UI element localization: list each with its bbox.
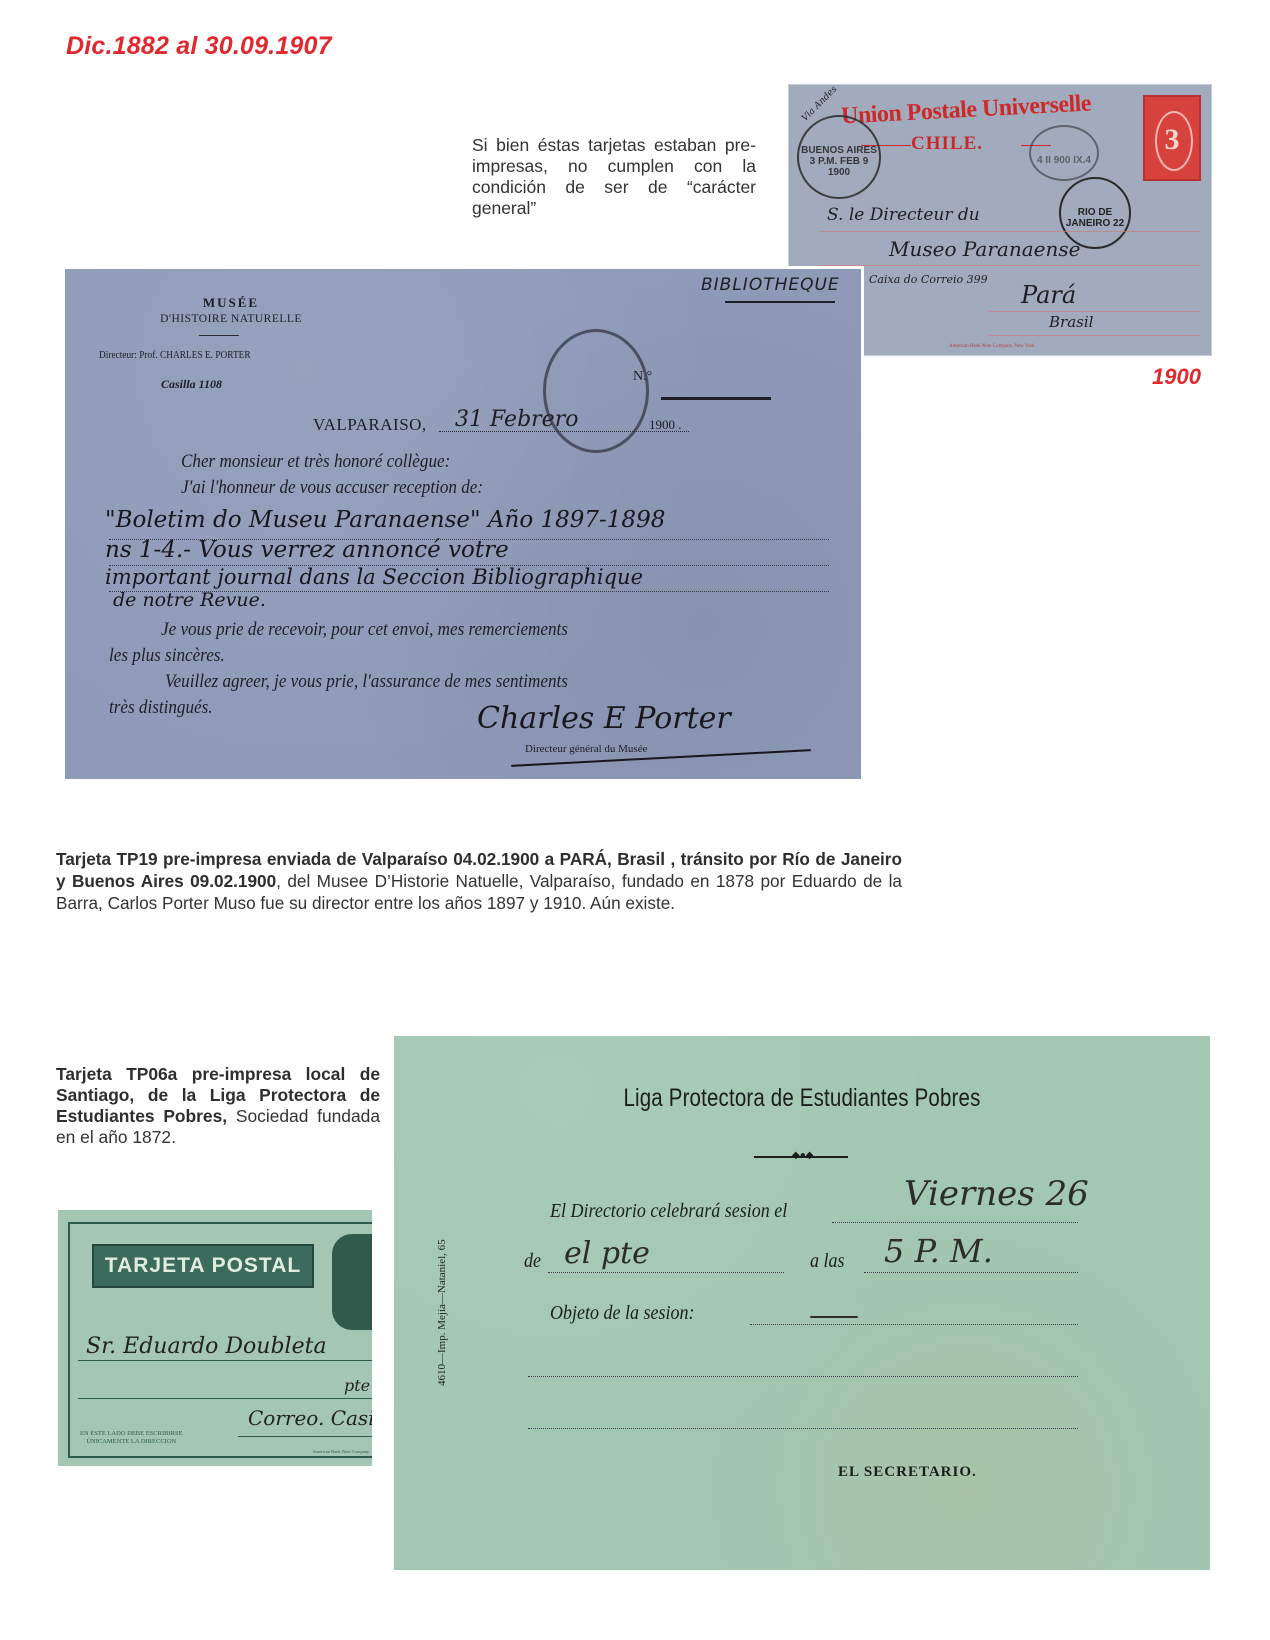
signature: Charles E Porter <box>477 701 731 736</box>
printer-credit: American Bank Note Company. <box>312 1449 370 1454</box>
postmark-buenos-aires: BUENOS AIRES 3 P.M. FEB 9 1900 <box>797 115 881 199</box>
musee-letter-card-image: MUSÉE D'HISTOIRE NATURELLE Directeur: Pr… <box>62 266 864 782</box>
number-label: N.° <box>633 369 652 385</box>
letter-line: Je vous prie de recevoir, pour cet envoi… <box>161 619 568 641</box>
page-title: Dic.1882 al 30.09.1907 <box>66 32 332 61</box>
dotted-line <box>528 1428 1078 1429</box>
bibliotheque-note: BIBLIOTHEQUE <box>701 275 840 295</box>
printer-credit: American Bank Note Company, New York. <box>949 344 1036 349</box>
postmark-text: RIO DE JANEIRO 22 <box>1061 207 1129 229</box>
dotted-line <box>750 1324 1078 1325</box>
session-line-label: El Directorio celebrará sesion el <box>550 1200 787 1223</box>
postmark-text: 4 II 900 IX.4 <box>1031 155 1097 166</box>
instruction-line-1: EN ESTE LADO DEBE ESCRIBIRSE <box>80 1430 183 1438</box>
address-line-5: Brasil <box>1049 313 1093 331</box>
address-handwritten-1: Sr. Eduardo Doubleta <box>86 1334 327 1359</box>
address-line <box>819 265 1199 266</box>
instruction-line-2: ÚNICAMENTE LA DIRECCION <box>80 1438 183 1446</box>
musee-director: Directeur: Prof. CHARLES E. PORTER <box>99 349 251 361</box>
divider <box>199 335 239 336</box>
address-handwritten-2: pte <box>344 1376 370 1395</box>
letter-date: 31 Febrero <box>455 407 578 432</box>
address-line <box>989 311 1199 312</box>
letter-year: 1900 . <box>649 417 682 433</box>
handwritten-dash <box>810 1316 858 1318</box>
coat-of-arms-stamp-icon <box>332 1234 372 1330</box>
postmark-valparaiso: 4 II 900 IX.4 <box>1029 125 1099 181</box>
address-line-2: Museo Paranaense <box>889 237 1080 261</box>
musee-subheading: D'HISTOIRE NATURELLE <box>111 313 351 325</box>
dotted-line <box>864 1272 1078 1273</box>
objeto-label: Objeto de la sesion: <box>550 1302 694 1325</box>
session-time-handwritten: 5 P. M. <box>884 1232 993 1270</box>
dotted-line <box>832 1222 1078 1223</box>
address-line-1: S. le Directeur du <box>827 205 980 225</box>
caption-tp19: Tarjeta TP19 pre-impresa enviada de Valp… <box>56 848 902 914</box>
address-line <box>819 231 1199 232</box>
musee-casilla: Casilla 1108 <box>161 377 222 392</box>
address-line <box>78 1360 372 1361</box>
session-month-handwritten: el pte <box>564 1236 650 1271</box>
letter-line: Cher monsieur et très honoré collègue: <box>181 451 450 473</box>
stamp-value: 3 <box>1145 123 1199 157</box>
tarjeta-postal-card-image: TARJETA POSTAL Sr. Eduardo Doubleta pte … <box>58 1210 372 1466</box>
year-label: 1900 <box>1152 364 1201 390</box>
liga-protectora-card-image: Liga Protectora de Estudiantes Pobres ◆●… <box>394 1036 1210 1570</box>
de-label: de <box>524 1250 541 1273</box>
letter-line: J'ai l'honneur de vous accuser reception… <box>181 477 483 499</box>
address-handwritten-3: Correo. Casil <box>248 1406 372 1430</box>
upu-card-title: Union Postale Universelle <box>840 90 1091 130</box>
upu-card-country: CHILE. <box>911 133 983 155</box>
address-line <box>238 1436 372 1437</box>
stamp-icon: 3 <box>1143 95 1201 181</box>
caption-tp06a: Tarjeta TP06a pre-impresa local de Santi… <box>56 1064 380 1148</box>
liga-title: Liga Protectora de Estudiantes Pobres <box>467 1084 1136 1113</box>
address-line-4: Pará <box>1021 281 1076 309</box>
letter-line: très distingués. <box>109 697 213 719</box>
letter-line: les plus sincères. <box>109 645 225 667</box>
address-line-3: Caixa do Correio 399 <box>869 273 988 286</box>
dotted-line <box>548 1272 784 1273</box>
ornament-dots: ◆●◆ <box>792 1150 813 1161</box>
dotted-line <box>528 1376 1078 1377</box>
underline <box>725 301 835 303</box>
letter-line-handwritten: ns 1-4.- Vous verrez annoncé votre <box>105 537 509 563</box>
letter-line-handwritten: de notre Revue. <box>113 589 266 611</box>
letter-line-handwritten: "Boletim do Museu Paranaense" Año 1897-1… <box>105 507 665 533</box>
address-line <box>78 1398 372 1399</box>
banner-text: TARJETA POSTAL <box>94 1254 312 1278</box>
session-day-handwritten: Viernes 26 <box>904 1174 1089 1214</box>
number-line <box>661 397 771 400</box>
printer-side-credit: 4610—Imp. Mejía—Nataniel, 65 <box>436 1239 448 1386</box>
address-line <box>989 335 1199 336</box>
address-instruction: EN ESTE LADO DEBE ESCRIBIRSE ÚNICAMENTE … <box>80 1430 183 1446</box>
secretario-label: EL SECRETARIO. <box>838 1464 977 1481</box>
letter-line: Veuillez agreer, je vous prie, l'assuran… <box>165 671 568 693</box>
a-las-label: a las <box>810 1250 845 1273</box>
musee-heading: MUSÉE <box>161 295 301 311</box>
letter-city: VALPARAISO, <box>313 415 427 435</box>
postmark-text: BUENOS AIRES 3 P.M. FEB 9 1900 <box>799 145 879 178</box>
postmark-valparaiso <box>543 329 649 453</box>
note-text: Si bien éstas tarjetas estaban pre-impre… <box>472 135 756 219</box>
letter-line-handwritten: important journal dans la Seccion Biblio… <box>105 565 643 589</box>
signature-title: Directeur général du Musée <box>525 743 647 755</box>
tarjeta-postal-banner: TARJETA POSTAL <box>92 1244 314 1288</box>
